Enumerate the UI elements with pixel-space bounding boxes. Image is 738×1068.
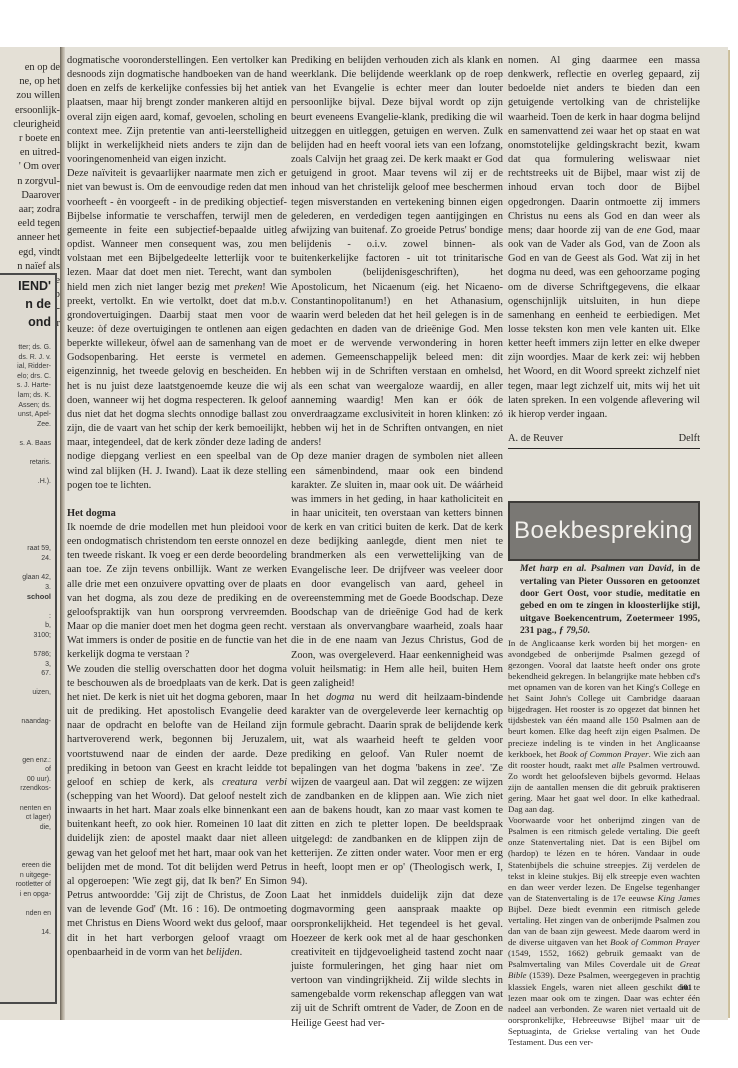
- paragraph: In het dogma nu werd dit heilzaam-binden…: [291, 691, 503, 889]
- info-box-line: 24.: [0, 554, 55, 564]
- info-box-line: n uitgege-: [0, 871, 55, 881]
- info-box-line: die,: [0, 823, 55, 833]
- info-box-line: b,: [0, 621, 55, 631]
- paragraph: We zouden die stellig overschatten door …: [67, 663, 287, 960]
- left-page-line: aar; zodra: [0, 203, 60, 217]
- info-box-heading-line: IEND': [0, 279, 55, 293]
- info-box-line: [0, 564, 55, 574]
- paragraph: dogmatische vooronderstellingen. Een ver…: [67, 54, 287, 167]
- info-box-line: retaris.: [0, 458, 55, 468]
- info-box-line: 3,: [0, 660, 55, 670]
- info-box-line: .H.).: [0, 477, 55, 487]
- info-box-line: [0, 794, 55, 804]
- info-box-heading-line: n de: [0, 297, 55, 311]
- info-box-line: [0, 429, 55, 439]
- info-box-line: [0, 832, 55, 842]
- right-page: dogmatische vooronderstellingen. Een ver…: [65, 47, 728, 1020]
- info-box-line: ereen die: [0, 861, 55, 871]
- left-page-line: ne, op het: [0, 75, 60, 89]
- info-box-line: ds. R. J. v.: [0, 353, 55, 363]
- info-box-heading: IEND'n deond: [0, 279, 55, 329]
- info-box-line: rootletter of: [0, 880, 55, 890]
- info-box-line: [0, 727, 55, 737]
- left-page-line: n naïef als: [0, 260, 60, 274]
- info-box-line: 3.: [0, 583, 55, 593]
- info-box-line: [0, 506, 55, 516]
- book-review-paragraph: Voorwaarde voor het onberijmd zingen van…: [508, 815, 700, 1048]
- left-page-fragment: en op dene, op hetzou willenersoonlijk-c…: [0, 47, 62, 1020]
- info-box-line: [0, 679, 55, 689]
- info-box-line: school: [0, 592, 55, 602]
- info-box-line: 67.: [0, 669, 55, 679]
- paragraph: Deze naïviteit is gevaarlijker naarmate …: [67, 167, 287, 493]
- info-box-line: [0, 487, 55, 497]
- info-box-line: tter; ds. G.: [0, 343, 55, 353]
- article-column-3: nomen. Al ging daarmee een massa denkwer…: [508, 54, 700, 1048]
- info-box-line: raat 59,: [0, 544, 55, 554]
- left-page-line: egd, vindt: [0, 246, 60, 260]
- info-box-line: unst, Apel-: [0, 410, 55, 420]
- left-page-line: eeld tegen: [0, 217, 60, 231]
- left-page-line: en op de: [0, 61, 60, 75]
- info-box-line: Assen; ds.: [0, 401, 55, 411]
- info-box-line: [0, 736, 55, 746]
- left-page-line: Daarover: [0, 189, 60, 203]
- info-box-line: 00 uur).: [0, 775, 55, 785]
- section-heading: Het dogma: [67, 507, 287, 521]
- info-box-line: [0, 899, 55, 909]
- info-box-line: s. J. Harte-: [0, 381, 55, 391]
- info-box-line: [0, 468, 55, 478]
- info-box-line: of: [0, 765, 55, 775]
- info-box-line: gen enz.:: [0, 756, 55, 766]
- info-box-line: Zee.: [0, 420, 55, 430]
- article-column-2: Prediking en belijden verhouden zich als…: [291, 54, 503, 1031]
- info-box-line: lam; ds. K.: [0, 391, 55, 401]
- left-page-line: n zorgvul-: [0, 175, 60, 189]
- info-box-line: ct lager): [0, 813, 55, 823]
- paragraph: Op deze manier dragen de symbolen niet a…: [291, 450, 503, 691]
- info-box-line: 3100;: [0, 631, 55, 641]
- info-box-line: :: [0, 612, 55, 622]
- info-box-line: elo; drs. C.: [0, 372, 55, 382]
- info-box-line: naandag-: [0, 717, 55, 727]
- info-box-line: [0, 851, 55, 861]
- info-box-line: ial, Ridder-: [0, 362, 55, 372]
- info-box-line: glaan 42,: [0, 573, 55, 583]
- book-review-paragraph: In de Anglicaanse kerk worden bij het mo…: [508, 638, 700, 816]
- info-box-line: s. A. Baas: [0, 439, 55, 449]
- paragraph: nomen. Al ging daarmee een massa denkwer…: [508, 54, 700, 422]
- author-place: Delft: [679, 432, 700, 446]
- author-name: A. de Reuver: [508, 432, 563, 446]
- left-page-line: ersoonlijk-: [0, 104, 60, 118]
- paragraph: Prediking en belijden verhouden zich als…: [291, 54, 503, 450]
- info-box-line: nenten en: [0, 804, 55, 814]
- left-page-info-box: IEND'n deond tter; ds. G.ds. R. J. v.ial…: [0, 273, 57, 1004]
- page-number: 501: [679, 982, 692, 992]
- left-page-line: r boete en: [0, 132, 60, 146]
- book-review-banner: Boekbespreking: [508, 501, 700, 561]
- info-box-lines: tter; ds. G.ds. R. J. v.ial, Ridder-elo;…: [0, 343, 55, 938]
- info-box-line: 14.: [0, 928, 55, 938]
- info-box-line: rzendkos-: [0, 784, 55, 794]
- book-review-citation: Met harp en al. Psalmen van David, in de…: [508, 563, 700, 637]
- article-column-1: dogmatische vooronderstellingen. Een ver…: [67, 54, 287, 960]
- info-box-line: i en opga-: [0, 890, 55, 900]
- info-box-line: 5786;: [0, 650, 55, 660]
- info-box-line: [0, 602, 55, 612]
- info-box-line: [0, 746, 55, 756]
- info-box-line: [0, 640, 55, 650]
- info-box-line: nden en: [0, 909, 55, 919]
- info-box-heading-line: ond: [0, 315, 55, 329]
- info-box-line: [0, 698, 55, 708]
- info-box-line: [0, 449, 55, 459]
- info-box-line: [0, 708, 55, 718]
- left-page-line: en uitred-: [0, 146, 60, 160]
- author-signature: A. de Reuver Delft: [508, 432, 700, 449]
- info-box-line: [0, 919, 55, 929]
- info-box-line: [0, 842, 55, 852]
- left-page-line: ' Om over: [0, 160, 60, 174]
- info-box-line: uizen,: [0, 688, 55, 698]
- paragraph: Ik noemde de drie modellen met hun pleid…: [67, 521, 287, 663]
- info-box-line: [0, 497, 55, 507]
- info-box-line: [0, 516, 55, 526]
- left-page-line: zou willen: [0, 89, 60, 103]
- paragraph: Laat het inmiddels duidelijk zijn dat de…: [291, 889, 503, 1031]
- banner-title: Boekbespreking: [514, 524, 693, 538]
- left-page-line: cleurigheid: [0, 118, 60, 132]
- info-box-line: [0, 535, 55, 545]
- left-page-line: anneer het: [0, 231, 60, 245]
- info-box-line: [0, 525, 55, 535]
